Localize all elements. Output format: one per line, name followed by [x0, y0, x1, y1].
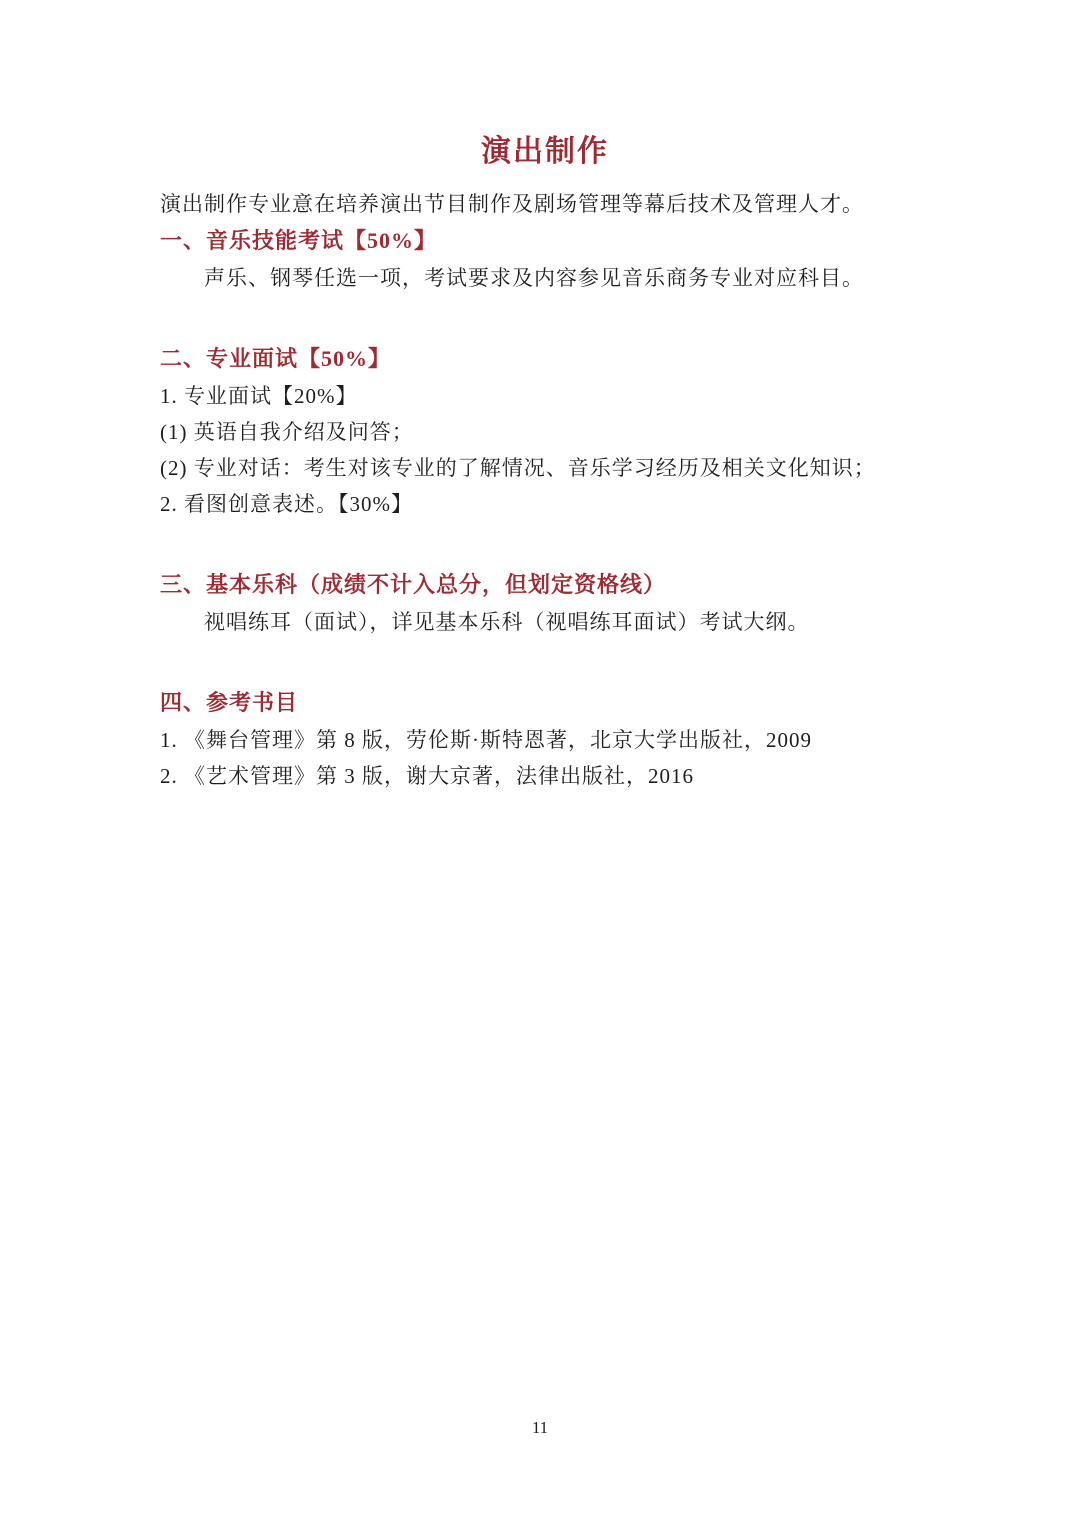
section-heading: 二、专业面试【50%】: [160, 340, 930, 378]
document-page: 演出制作 演出制作专业意在培养演出节目制作及剧场管理等幕后技术及管理人才。 一、…: [0, 0, 1080, 1528]
body-line: 1. 《舞台管理》第 8 版，劳伦斯·斯特恩著，北京大学出版社，2009: [160, 722, 930, 758]
section-basic-music-theory: 三、基本乐科（成绩不计入总分，但划定资格线） 视唱练耳（面试），详见基本乐科（视…: [160, 566, 930, 640]
body-line: 2. 《艺术管理》第 3 版，谢大京著，法律出版社，2016: [160, 758, 930, 794]
section-heading: 一、音乐技能考试【50%】: [160, 222, 930, 260]
section-heading: 四、参考书目: [160, 684, 930, 722]
document-content: 演出制作 演出制作专业意在培养演出节目制作及剧场管理等幕后技术及管理人才。 一、…: [160, 126, 930, 794]
body-line: 声乐、钢琴任选一项，考试要求及内容参见音乐商务专业对应科目。: [160, 260, 930, 296]
body-line: 1. 专业面试【20%】: [160, 378, 930, 414]
body-line: (2) 专业对话：考生对该专业的了解情况、音乐学习经历及相关文化知识；: [160, 450, 930, 486]
page-title: 演出制作: [160, 126, 930, 170]
intro-paragraph: 演出制作专业意在培养演出节目制作及剧场管理等幕后技术及管理人才。: [160, 186, 930, 222]
section-professional-interview: 二、专业面试【50%】 1. 专业面试【20%】 (1) 英语自我介绍及问答； …: [160, 340, 930, 522]
body-line: 2. 看图创意表述。【30%】: [160, 486, 930, 522]
section-reference-books: 四、参考书目 1. 《舞台管理》第 8 版，劳伦斯·斯特恩著，北京大学出版社，2…: [160, 684, 930, 794]
page-number: 11: [0, 1418, 1080, 1438]
section-heading: 三、基本乐科（成绩不计入总分，但划定资格线）: [160, 566, 930, 604]
body-line: 视唱练耳（面试），详见基本乐科（视唱练耳面试）考试大纲。: [160, 604, 930, 640]
section-music-skill-exam: 一、音乐技能考试【50%】 声乐、钢琴任选一项，考试要求及内容参见音乐商务专业对…: [160, 222, 930, 296]
body-line: (1) 英语自我介绍及问答；: [160, 414, 930, 450]
